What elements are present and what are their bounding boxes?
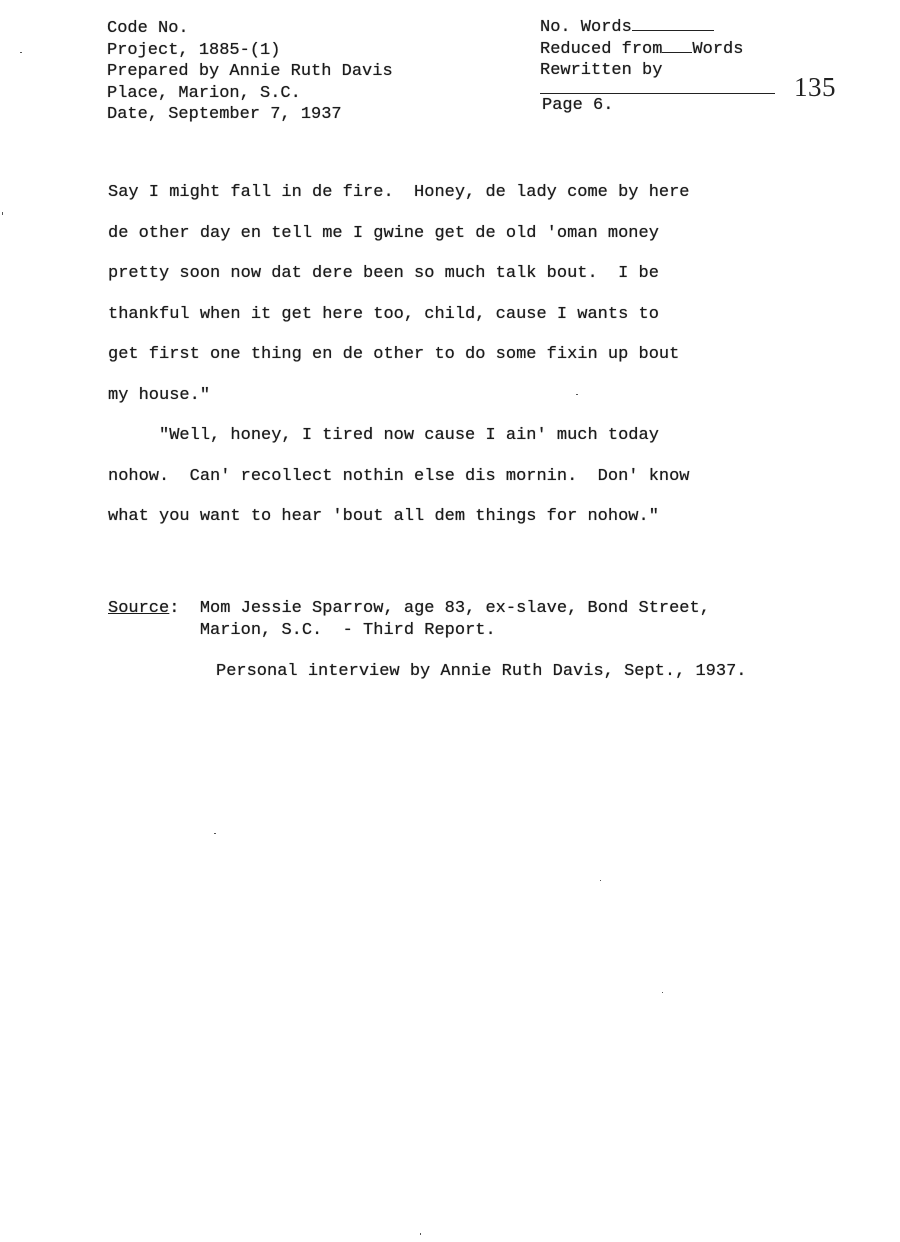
rewritten-by-label: Rewritten by — [540, 61, 662, 80]
interview-credit: Personal interview by Annie Ruth Davis, … — [216, 662, 747, 681]
header-info-block: Code No. Project, 1885-(1) Prepared by A… — [107, 18, 393, 126]
code-number: Code No. — [107, 18, 393, 40]
stamped-page-number: 135 — [794, 72, 836, 103]
scan-speck — [2, 212, 3, 215]
word-count-block: No. Words Reduced fromWords Rewritten by — [540, 16, 743, 81]
reduced-from-label: Reduced from — [540, 40, 662, 59]
text-line: nohow. Can' recollect nothin else dis mo… — [108, 457, 828, 498]
rewritten-by-row: Rewritten by — [540, 60, 743, 81]
date: Date, September 7, 1937 — [107, 104, 393, 126]
source-line-1: Mom Jessie Sparrow, age 83, ex-slave, Bo… — [200, 599, 710, 618]
source-row-1: Source: Mom Jessie Sparrow, age 83, ex-s… — [108, 598, 710, 620]
reduced-from-row: Reduced fromWords — [540, 38, 743, 60]
scan-speck — [20, 52, 22, 53]
text-line: de other day en tell me I gwine get de o… — [108, 214, 828, 255]
text-line: get first one thing en de other to do so… — [108, 335, 828, 376]
scan-speck — [600, 880, 601, 881]
no-words-blank — [632, 16, 714, 31]
source-row-2: Marion, S.C. - Third Report. — [108, 620, 710, 642]
prepared-by: Prepared by Annie Ruth Davis — [107, 61, 393, 83]
scan-speck — [576, 394, 578, 395]
scan-speck — [214, 833, 216, 834]
page-number: Page 6. — [542, 96, 613, 115]
project-number: Project, 1885-(1) — [107, 40, 393, 62]
reduced-words-suffix: Words — [692, 40, 743, 59]
no-words-row: No. Words — [540, 16, 743, 38]
text-line: thankful when it get here too, child, ca… — [108, 295, 828, 336]
scan-speck — [420, 1233, 421, 1235]
place: Place, Marion, S.C. — [107, 83, 393, 105]
text-line: my house." — [108, 376, 828, 417]
reduced-from-blank — [662, 38, 692, 53]
source-label: Source — [108, 599, 169, 618]
no-words-label: No. Words — [540, 18, 632, 37]
rewritten-by-underline — [540, 93, 775, 94]
text-line: "Well, honey, I tired now cause I ain' m… — [108, 416, 828, 457]
text-line: what you want to hear 'bout all dem thin… — [108, 497, 828, 538]
interview-text: Say I might fall in de fire. Honey, de l… — [108, 173, 828, 538]
source-line-2: Marion, S.C. - Third Report. — [200, 621, 496, 640]
text-line: pretty soon now dat dere been so much ta… — [108, 254, 828, 295]
scan-speck — [662, 992, 663, 993]
text-line: Say I might fall in de fire. Honey, de l… — [108, 173, 828, 214]
source-citation: Source: Mom Jessie Sparrow, age 83, ex-s… — [108, 598, 710, 642]
